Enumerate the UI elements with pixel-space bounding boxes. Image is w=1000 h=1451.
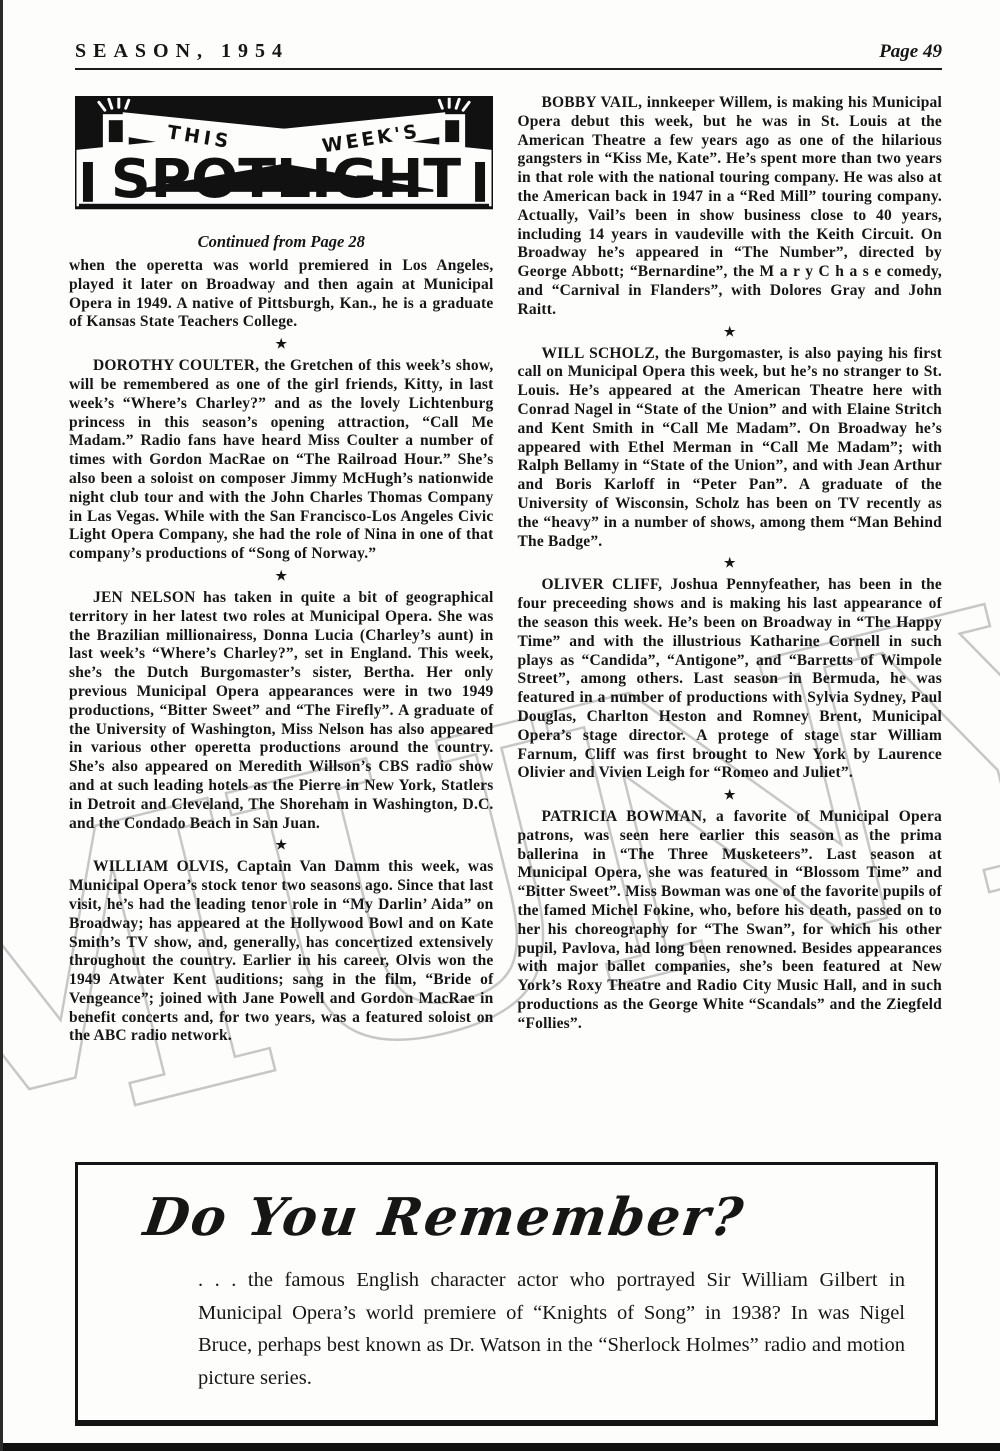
- patricia-bowman-paragraph: PATRICIA BOWMAN, a favorite of Municipal…: [518, 808, 943, 1034]
- left-column: THIS WEEK'S SPOTLIGHT Continued from Pag…: [69, 94, 494, 1049]
- star-separator: ★: [69, 335, 494, 352]
- intro-paragraph: when the operetta was world premiered in…: [69, 257, 494, 332]
- right-column: BOBBY VAIL, innkeeper Willem, is making …: [518, 94, 943, 1049]
- logo-spotlight-title: SPOTLIGHT: [111, 147, 462, 210]
- remember-body: . . . the famous English character actor…: [198, 1264, 905, 1394]
- star-icon: ★: [724, 555, 736, 570]
- scan-edge-artifact: [3, 1443, 1000, 1451]
- star-icon: ★: [724, 324, 736, 339]
- william-olvis-paragraph: WILLIAM OLVIS, Captain Van Damm this wee…: [69, 858, 494, 1046]
- spotlight-logo: THIS WEEK'S SPOTLIGHT: [75, 96, 493, 220]
- page-header: SEASON, 1954 Page 49: [75, 40, 942, 70]
- star-icon: ★: [275, 568, 287, 583]
- article-columns: THIS WEEK'S SPOTLIGHT Continued from Pag…: [69, 94, 942, 1146]
- continued-from-note: Continued from Page 28: [69, 232, 494, 252]
- bobby-vail-paragraph: BOBBY VAIL, innkeeper Willem, is making …: [518, 94, 943, 320]
- star-icon: ★: [275, 837, 287, 852]
- star-separator: ★: [518, 323, 943, 340]
- issue-title: SEASON, 1954: [75, 40, 289, 63]
- do-you-remember-box: Do You Remember? . . . the famous Englis…: [75, 1162, 938, 1426]
- star-separator: ★: [518, 554, 943, 571]
- dorothy-coulter-paragraph: DOROTHY COULTER, the Gretchen of this we…: [69, 357, 494, 564]
- jen-nelson-paragraph: JEN NELSON has taken in quite a bit of g…: [69, 589, 494, 833]
- star-icon: ★: [275, 336, 287, 351]
- oliver-cliff-paragraph: OLIVER CLIFF, Joshua Pennyfeather, has b…: [518, 576, 943, 783]
- magazine-page: MUNY SEASON, 1954 Page 49: [0, 0, 1000, 1451]
- star-icon: ★: [724, 787, 736, 802]
- page-number: Page 49: [879, 41, 942, 63]
- star-separator: ★: [69, 836, 494, 853]
- page-content: SEASON, 1954 Page 49: [3, 40, 1000, 1426]
- will-scholz-paragraph: WILL SCHOLZ, the Burgomaster, is also pa…: [518, 345, 943, 552]
- remember-headline: Do You Remember?: [140, 1187, 944, 1248]
- star-separator: ★: [69, 567, 494, 584]
- star-separator: ★: [518, 786, 943, 803]
